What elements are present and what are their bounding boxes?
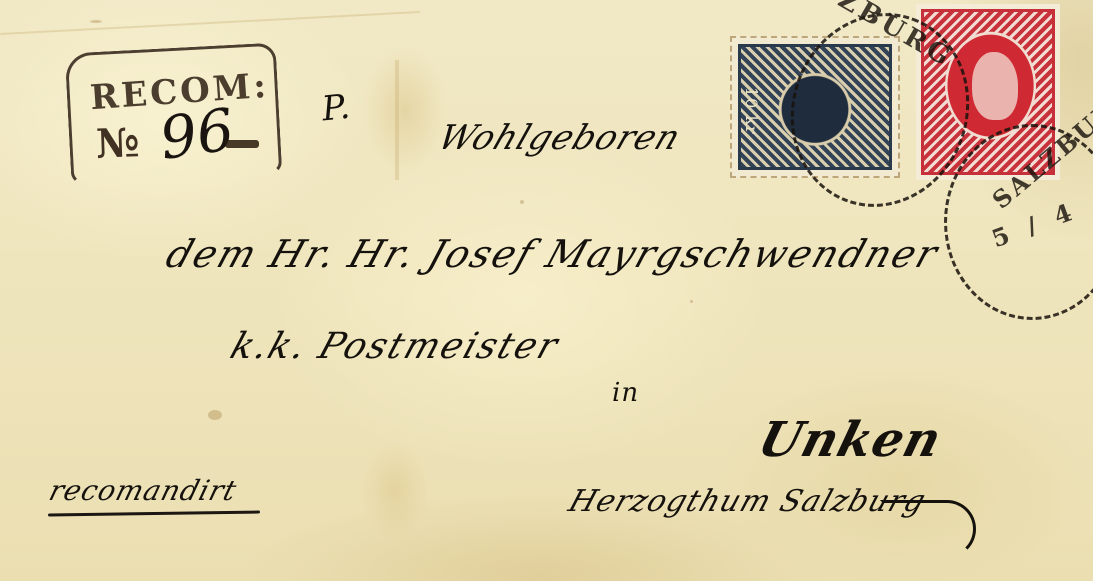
- address-title: Wohlgeboren: [433, 118, 687, 158]
- paper-speck: [690, 300, 693, 303]
- paper-crease: [395, 60, 399, 180]
- registration-number-prefix: №: [95, 119, 140, 167]
- address-salutation: P.: [320, 87, 353, 130]
- registered-annotation: recomandirt: [46, 474, 241, 507]
- portrait-icon: [972, 52, 1018, 120]
- paper-speck: [90, 20, 102, 23]
- paper-stain: [208, 410, 222, 420]
- address-town: Unken: [752, 412, 947, 468]
- annotation-underline: [48, 511, 260, 517]
- address-recipient: dem Hr. Hr. Josef Mayrgschwendner: [161, 232, 945, 276]
- address-region: Herzogthum Salzburg: [564, 484, 930, 519]
- address-preposition: in: [612, 378, 639, 408]
- paper-speck: [520, 200, 524, 204]
- paper-crease: [0, 11, 420, 35]
- address-position: k.k. Postmeister: [225, 326, 564, 367]
- registration-number: 96: [156, 95, 239, 173]
- registration-dash: [225, 140, 259, 148]
- stamp-value: 10 kr: [742, 87, 761, 135]
- envelope: RECOM: № 96 10 kr ZBURG SALZBUR 5 / 4 P.…: [0, 0, 1093, 581]
- flourish-stroke: [880, 500, 976, 558]
